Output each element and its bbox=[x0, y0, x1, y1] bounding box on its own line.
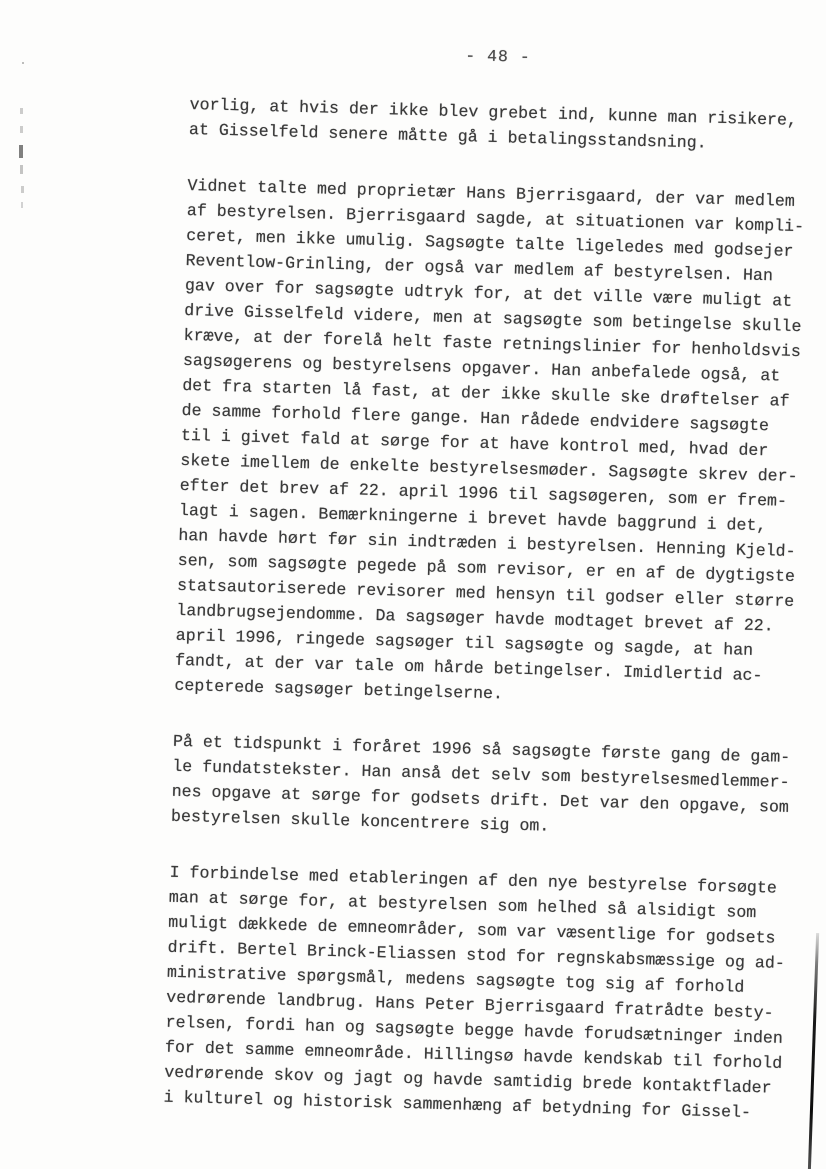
scanned-page: - 48 - vorlig, at hvis der ikke blev gre… bbox=[0, 0, 826, 1169]
paragraph-4: I forbindelse med etableringen af den ny… bbox=[163, 860, 809, 1127]
scan-speck bbox=[21, 186, 24, 193]
scan-speck bbox=[20, 126, 23, 133]
scan-speck bbox=[20, 165, 23, 174]
paragraph-2: Vidnet talte med proprietær Hans Bjerris… bbox=[174, 173, 826, 715]
scan-speck bbox=[20, 108, 23, 114]
text-block: vorlig, at hvis der ikke blev grebet ind… bbox=[163, 92, 826, 1157]
scan-artifact-line bbox=[808, 933, 819, 1169]
page-number: - 48 - bbox=[438, 46, 558, 68]
paragraph-3: På et tidspunkt i foråret 1996 så sagsøg… bbox=[171, 729, 813, 846]
scan-speck bbox=[19, 145, 23, 158]
scan-speck bbox=[22, 62, 24, 64]
paragraph-1: vorlig, at hvis der ikke blev grebet ind… bbox=[189, 92, 826, 159]
scan-speck bbox=[21, 202, 23, 208]
